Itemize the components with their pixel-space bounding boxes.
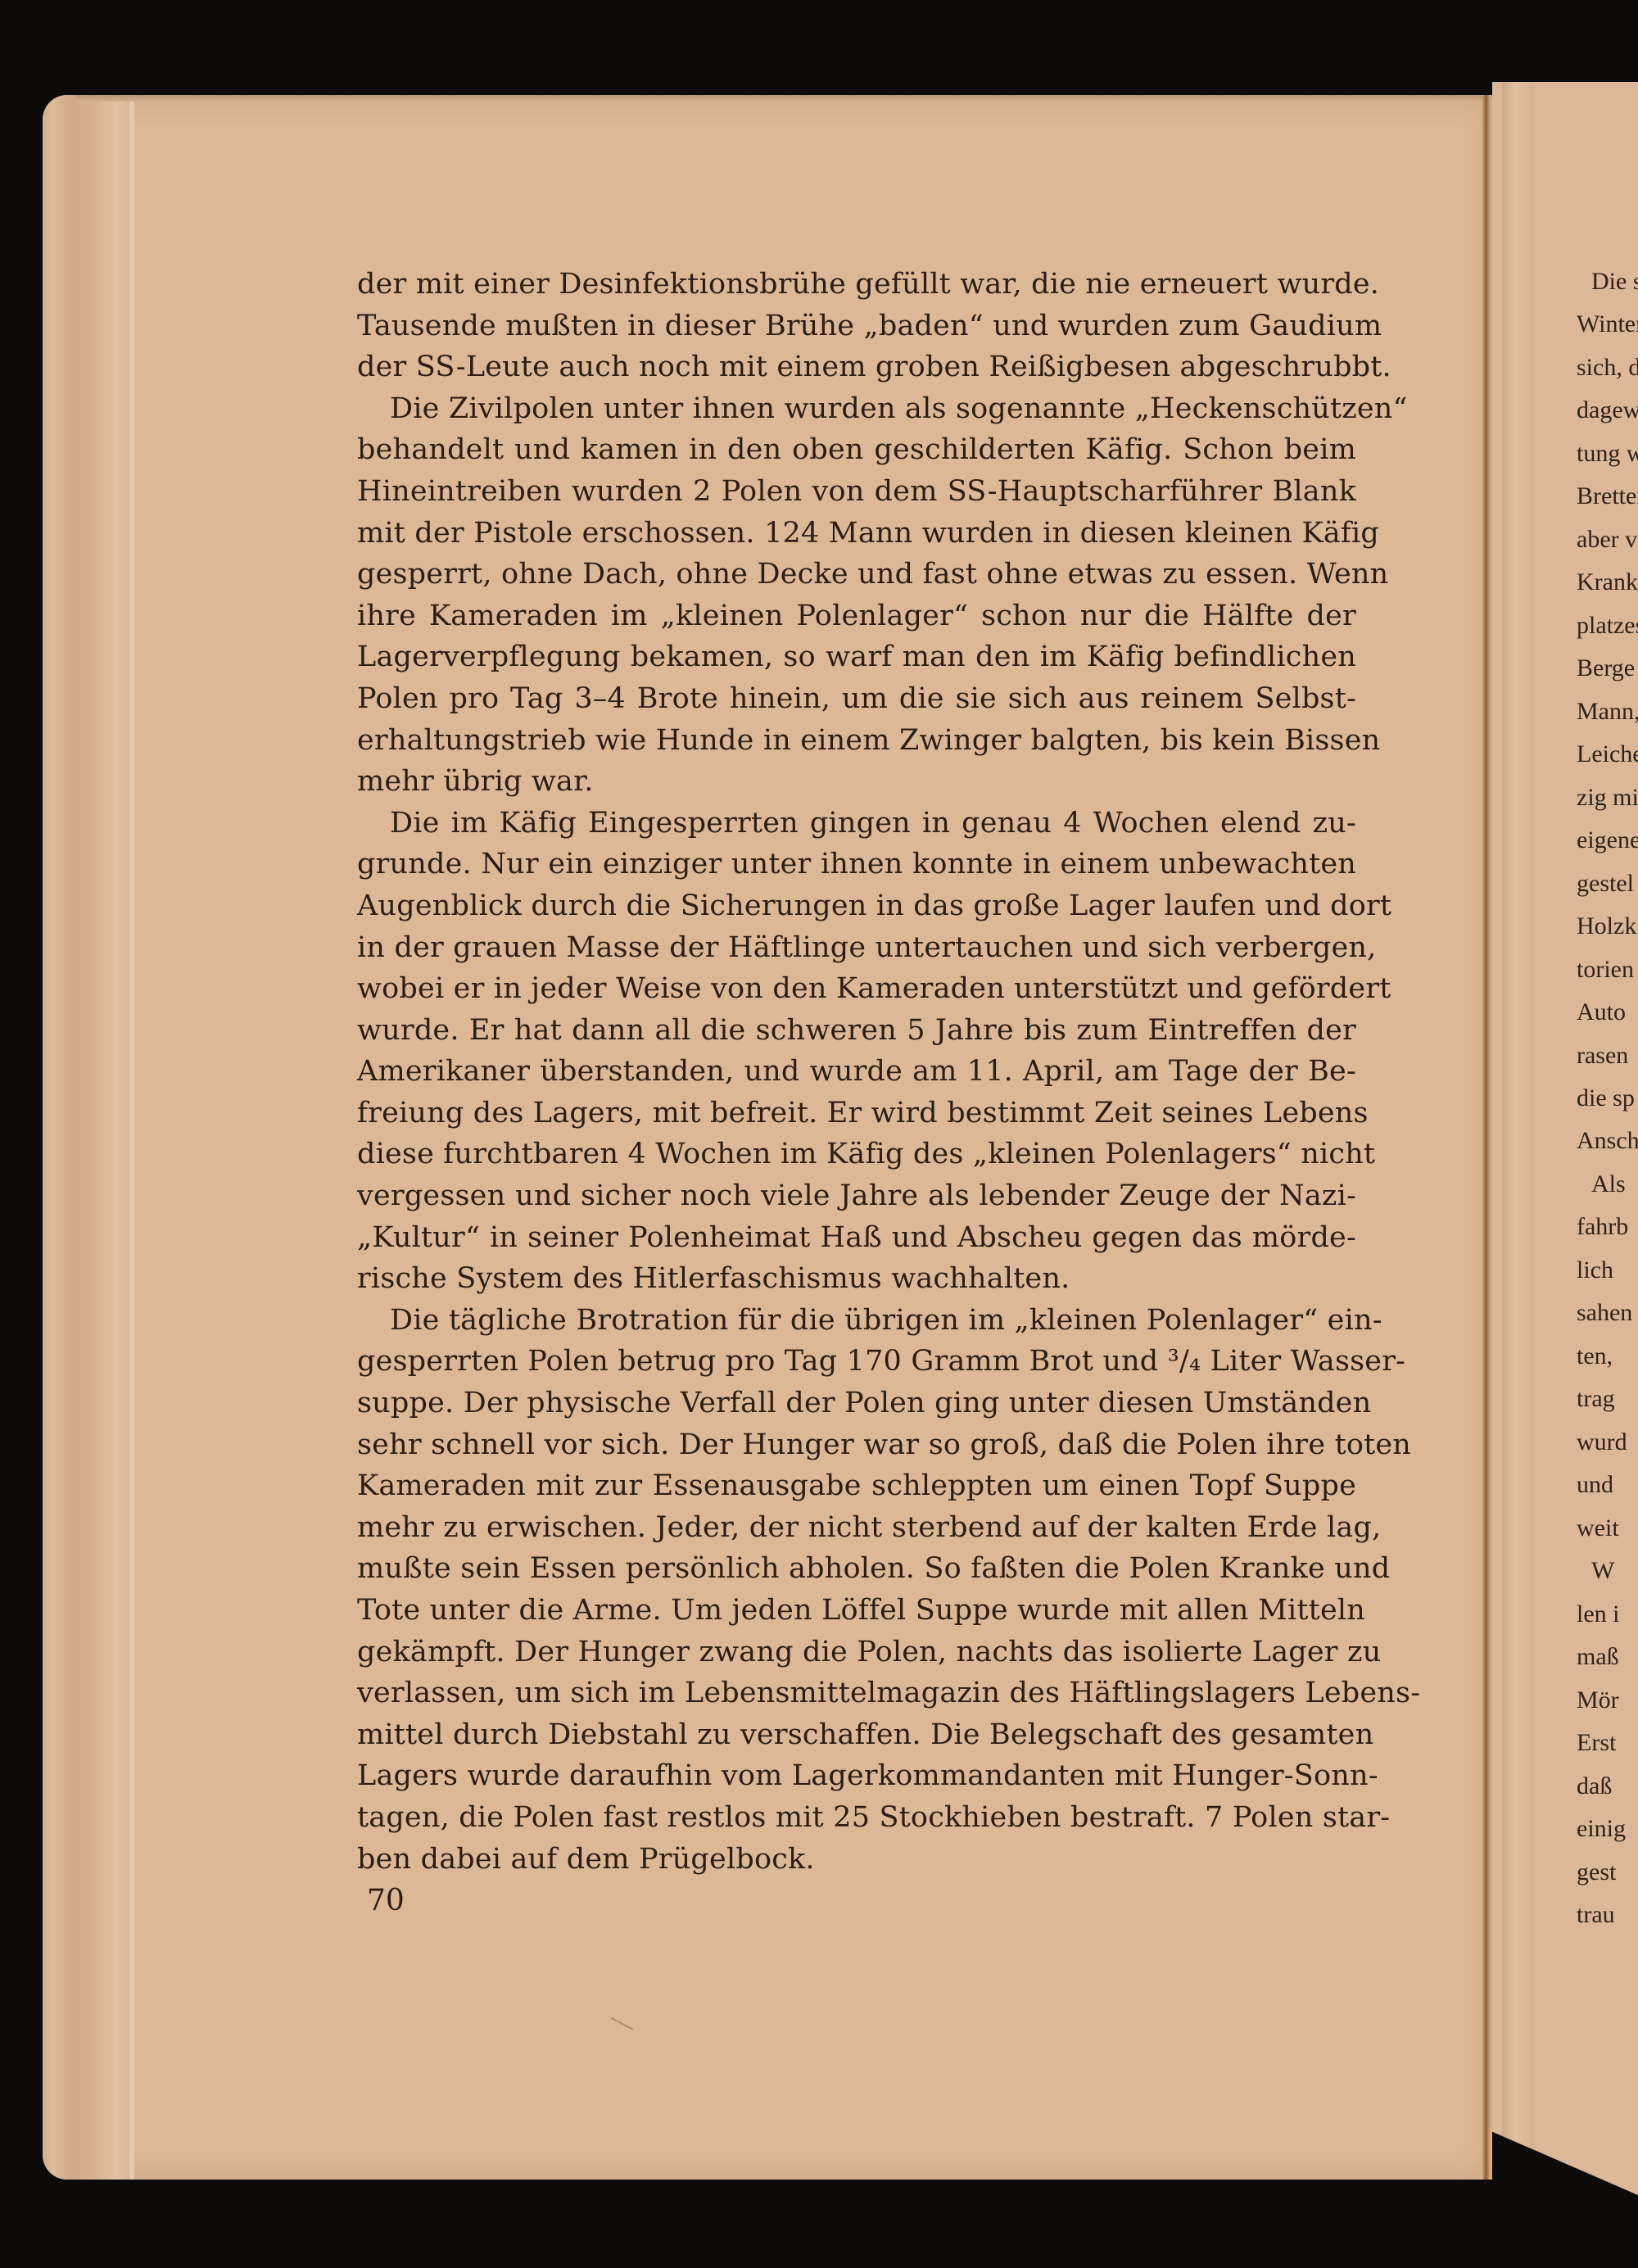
text-line-content: Hineintreiben wurden 2 Polen von dem SS-… (357, 471, 1356, 513)
text-line: Lagers wurde daraufhin vom Lagerkommanda… (357, 1755, 1356, 1797)
right-page-fragment: Berge (1577, 654, 1635, 683)
text-line: Die im Käfig Eingesperrten gingen in gen… (357, 803, 1356, 844)
right-page-fragment: tung w (1577, 439, 1638, 469)
text-line: Die tägliche Brotration für die übrigen … (357, 1300, 1356, 1342)
right-page-fragment: und (1577, 1470, 1613, 1500)
right-page-fragment: trau (1577, 1900, 1615, 1930)
right-page-fragment: weit (1577, 1514, 1619, 1543)
text-line: Kameraden mit zur Essenausgabe schleppte… (357, 1465, 1356, 1507)
text-line: tagen, die Polen fast restlos mit 25 Sto… (357, 1797, 1356, 1839)
text-line: Hineintreiben wurden 2 Polen von dem SS-… (357, 471, 1356, 513)
text-line: gesperrt, ohne Dach, ohne Decke und fast… (357, 554, 1356, 595)
right-page-fragment: Ansch (1577, 1126, 1638, 1156)
text-line: ihre Kameraden im „kleinen Polenlager“ s… (357, 595, 1356, 637)
right-page-fragment: ten, (1577, 1342, 1613, 1371)
right-page-fragment: gestel (1577, 869, 1634, 899)
text-line-content: Die tägliche Brotration für die übrigen … (390, 1300, 1356, 1342)
text-line-content: Polen pro Tag 3–4 Brote hinein, um die s… (357, 678, 1356, 720)
text-line-content: diese furchtbaren 4 Wochen im Käfig des … (357, 1134, 1356, 1175)
text-line-content: gesperrten Polen betrug pro Tag 170 Gram… (357, 1341, 1356, 1383)
right-page-fragment: Als (1591, 1170, 1626, 1199)
right-page-fragment: sich, d (1577, 353, 1638, 383)
text-line: der SS-Leute auch noch mit einem groben … (357, 346, 1356, 388)
page-top-edge (75, 95, 1492, 102)
right-page-fragment: len i (1577, 1600, 1620, 1629)
text-line-content: mehr übrig war. (357, 761, 1356, 803)
text-line: freiung des Lagers, mit befreit. Er wird… (357, 1093, 1356, 1134)
text-line-content: ihre Kameraden im „kleinen Polenlager“ s… (357, 595, 1356, 637)
right-page-fragment: dagewe (1577, 396, 1638, 425)
text-line-content: mehr zu erwischen. Jeder, der nicht ster… (357, 1507, 1356, 1549)
text-line: wurde. Er hat dann all die schweren 5 Ja… (357, 1010, 1356, 1052)
right-page-fragment: die sp (1577, 1084, 1635, 1113)
text-line: Polen pro Tag 3–4 Brote hinein, um die s… (357, 678, 1356, 720)
text-line-content: in der grauen Masse der Häftlinge untert… (357, 927, 1356, 969)
text-line-content: gekämpft. Der Hunger zwang die Polen, na… (357, 1632, 1356, 1673)
body-text: der mit einer Desinfektionsbrühe gefüllt… (357, 264, 1356, 1880)
text-line-content: Die Zivilpolen unter ihnen wurden als so… (390, 388, 1356, 430)
text-line-content: wobei er in jeder Weise von den Kamerade… (357, 968, 1356, 1010)
text-line-content: tagen, die Polen fast restlos mit 25 Sto… (357, 1797, 1356, 1839)
right-page-fragment: platzes (1577, 611, 1638, 641)
text-line: suppe. Der physische Verfall der Polen g… (357, 1383, 1356, 1424)
right-page-fragment: zig mi (1577, 783, 1638, 813)
right-page-fragment: trag (1577, 1384, 1615, 1414)
right-page-fragment: Erst (1577, 1728, 1616, 1758)
right-page-fragment: Winter (1577, 310, 1638, 339)
right-page-fragment: wurd (1577, 1428, 1627, 1457)
text-line: mehr zu erwischen. Jeder, der nicht ster… (357, 1507, 1356, 1549)
text-line: mußte sein Essen persönlich abholen. So … (357, 1548, 1356, 1590)
text-line-content: Kameraden mit zur Essenausgabe schleppte… (357, 1465, 1356, 1507)
text-line-content: „Kultur“ in seiner Polenheimat Haß und A… (357, 1217, 1356, 1259)
text-line: mit der Pistole erschossen. 124 Mann wur… (357, 513, 1356, 555)
text-line: diese furchtbaren 4 Wochen im Käfig des … (357, 1134, 1356, 1175)
text-line-content: Amerikaner überstanden, und wurde am 11.… (357, 1051, 1356, 1093)
text-line-content: grunde. Nur ein einziger unter ihnen kon… (357, 844, 1356, 885)
right-page-fragment: eigene (1577, 826, 1638, 855)
text-line-content: gesperrt, ohne Dach, ohne Decke und fast… (357, 554, 1356, 595)
book-gutter (1482, 95, 1491, 2180)
text-line: rische System des Hitlerfaschismus wachh… (357, 1258, 1356, 1300)
text-line-content: freiung des Lagers, mit befreit. Er wird… (357, 1093, 1356, 1134)
right-page-fragment: Bretter (1577, 482, 1638, 511)
right-page-fragment: torien (1577, 955, 1634, 985)
text-line-content: rische System des Hitlerfaschismus wachh… (357, 1258, 1356, 1300)
right-page-fragment: Krank (1577, 568, 1638, 597)
text-line-content: der mit einer Desinfektionsbrühe gefüllt… (357, 264, 1356, 306)
text-line-content: Die im Käfig Eingesperrten gingen in gen… (390, 803, 1356, 844)
text-line-content: mußte sein Essen persönlich abholen. So … (357, 1548, 1356, 1590)
right-page-fragment: Leiche (1577, 740, 1638, 769)
text-line-content: vergessen und sicher noch viele Jahre al… (357, 1175, 1356, 1217)
text-line-content: mit der Pistole erschossen. 124 Mann wur… (357, 513, 1356, 555)
text-line-content: ben dabei auf dem Prügelbock. (357, 1839, 1356, 1881)
right-page-fragment: maß (1577, 1642, 1619, 1672)
text-line-content: erhaltungstrieb wie Hunde in einem Zwing… (357, 720, 1356, 762)
text-line: vergessen und sicher noch viele Jahre al… (357, 1175, 1356, 1217)
text-line-content: Tausende mußten in dieser Brühe „baden“ … (357, 306, 1356, 347)
text-line: Die Zivilpolen unter ihnen wurden als so… (357, 388, 1356, 430)
text-line-content: der SS-Leute auch noch mit einem groben … (357, 346, 1356, 388)
text-line-content: Augenblick durch die Sicherungen in das … (357, 885, 1356, 927)
right-page-fragment: Holzk (1577, 912, 1636, 941)
text-line: wobei er in jeder Weise von den Kamerade… (357, 968, 1356, 1010)
right-page-fragment: lich (1577, 1256, 1613, 1285)
right-page-fragment: fahrb (1577, 1212, 1628, 1242)
right-page-fragment: rasen (1577, 1041, 1628, 1071)
text-line: Amerikaner überstanden, und wurde am 11.… (357, 1051, 1356, 1093)
right-page-fragment: Auto (1577, 998, 1626, 1027)
right-page-fold (1502, 82, 1535, 2195)
right-page-fragment: Mann, (1577, 697, 1638, 727)
text-line-content: sehr schnell vor sich. Der Hunger war so… (357, 1424, 1356, 1466)
text-line: Lagerverpflegung bekamen, so warf man de… (357, 636, 1356, 678)
right-page-fragment: aber vo (1577, 525, 1638, 555)
right-page-fragment: sahen (1577, 1298, 1632, 1328)
text-line: Tote unter die Arme. Um jeden Löffel Sup… (357, 1590, 1356, 1632)
right-page-fragment: Die s (1591, 267, 1638, 297)
text-line: grunde. Nur ein einziger unter ihnen kon… (357, 844, 1356, 885)
text-line: ben dabei auf dem Prügelbock. (357, 1839, 1356, 1881)
text-line: „Kultur“ in seiner Polenheimat Haß und A… (357, 1217, 1356, 1259)
text-line: verlassen, um sich im Lebensmittelmagazi… (357, 1673, 1356, 1714)
page-number: 70 (367, 1884, 405, 1917)
text-line-content: Lagers wurde daraufhin vom Lagerkommanda… (357, 1755, 1356, 1797)
text-line: gekämpft. Der Hunger zwang die Polen, na… (357, 1632, 1356, 1673)
text-line: Augenblick durch die Sicherungen in das … (357, 885, 1356, 927)
text-line-content: Lagerverpflegung bekamen, so warf man de… (357, 636, 1356, 678)
text-line: gesperrten Polen betrug pro Tag 170 Gram… (357, 1341, 1356, 1383)
text-line: in der grauen Masse der Häftlinge untert… (357, 927, 1356, 969)
page-fore-edge (43, 95, 134, 2180)
text-line-content: verlassen, um sich im Lebensmittelmagazi… (357, 1673, 1356, 1714)
right-page-fragment: gest (1577, 1858, 1616, 1887)
text-line: erhaltungstrieb wie Hunde in einem Zwing… (357, 720, 1356, 762)
right-page-fragment: Mör (1577, 1686, 1619, 1715)
text-line: behandelt und kamen in den oben geschild… (357, 429, 1356, 471)
text-line-content: Tote unter die Arme. Um jeden Löffel Sup… (357, 1590, 1356, 1632)
right-page: Die sWintersich, ddagewetung wBretterabe… (1492, 82, 1638, 2195)
text-line-content: behandelt und kamen in den oben geschild… (357, 429, 1356, 471)
text-line: sehr schnell vor sich. Der Hunger war so… (357, 1424, 1356, 1466)
text-line-content: wurde. Er hat dann all die schweren 5 Ja… (357, 1010, 1356, 1052)
text-line: mehr übrig war. (357, 761, 1356, 803)
text-line: der mit einer Desinfektionsbrühe gefüllt… (357, 264, 1356, 306)
text-line-content: suppe. Der physische Verfall der Polen g… (357, 1383, 1356, 1424)
text-line-content: mittel durch Diebstahl zu verschaffen. D… (357, 1714, 1356, 1756)
right-page-fragment: einig (1577, 1814, 1626, 1844)
text-line: mittel durch Diebstahl zu verschaffen. D… (357, 1714, 1356, 1756)
text-line: Tausende mußten in dieser Brühe „baden“ … (357, 306, 1356, 347)
right-page-fragment: W (1591, 1556, 1614, 1586)
right-page-fragment: daß (1577, 1772, 1612, 1801)
